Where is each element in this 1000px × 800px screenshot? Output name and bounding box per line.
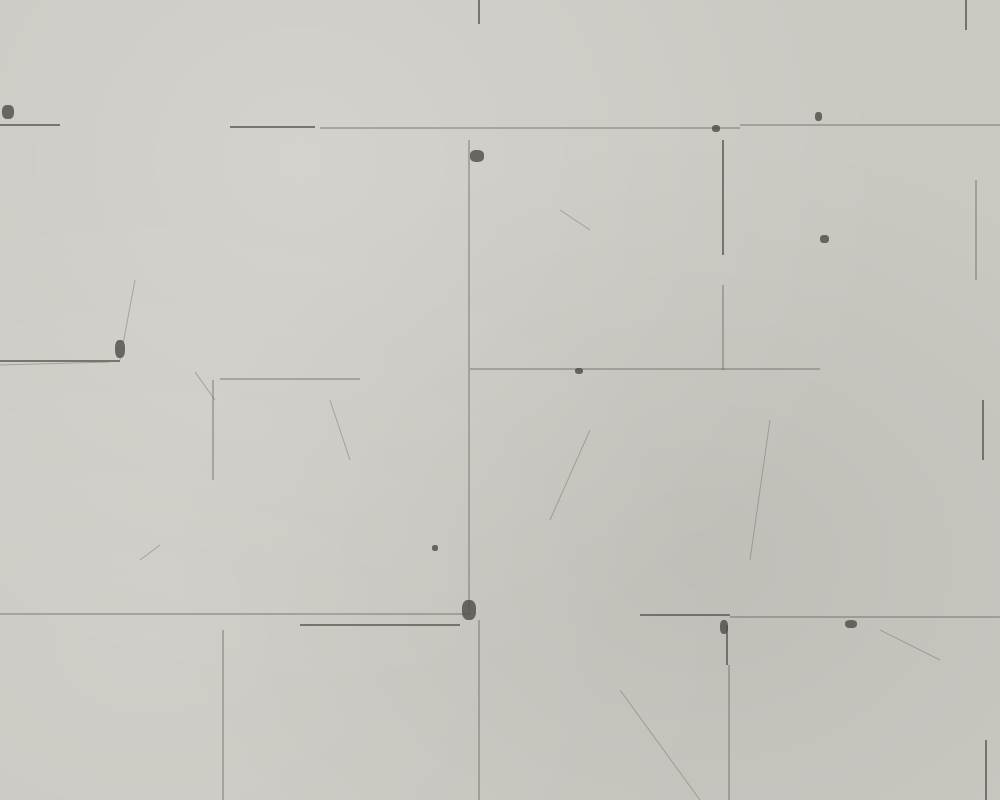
scratch-marks [0, 0, 1000, 800]
concrete-tile-texture [0, 0, 1000, 800]
